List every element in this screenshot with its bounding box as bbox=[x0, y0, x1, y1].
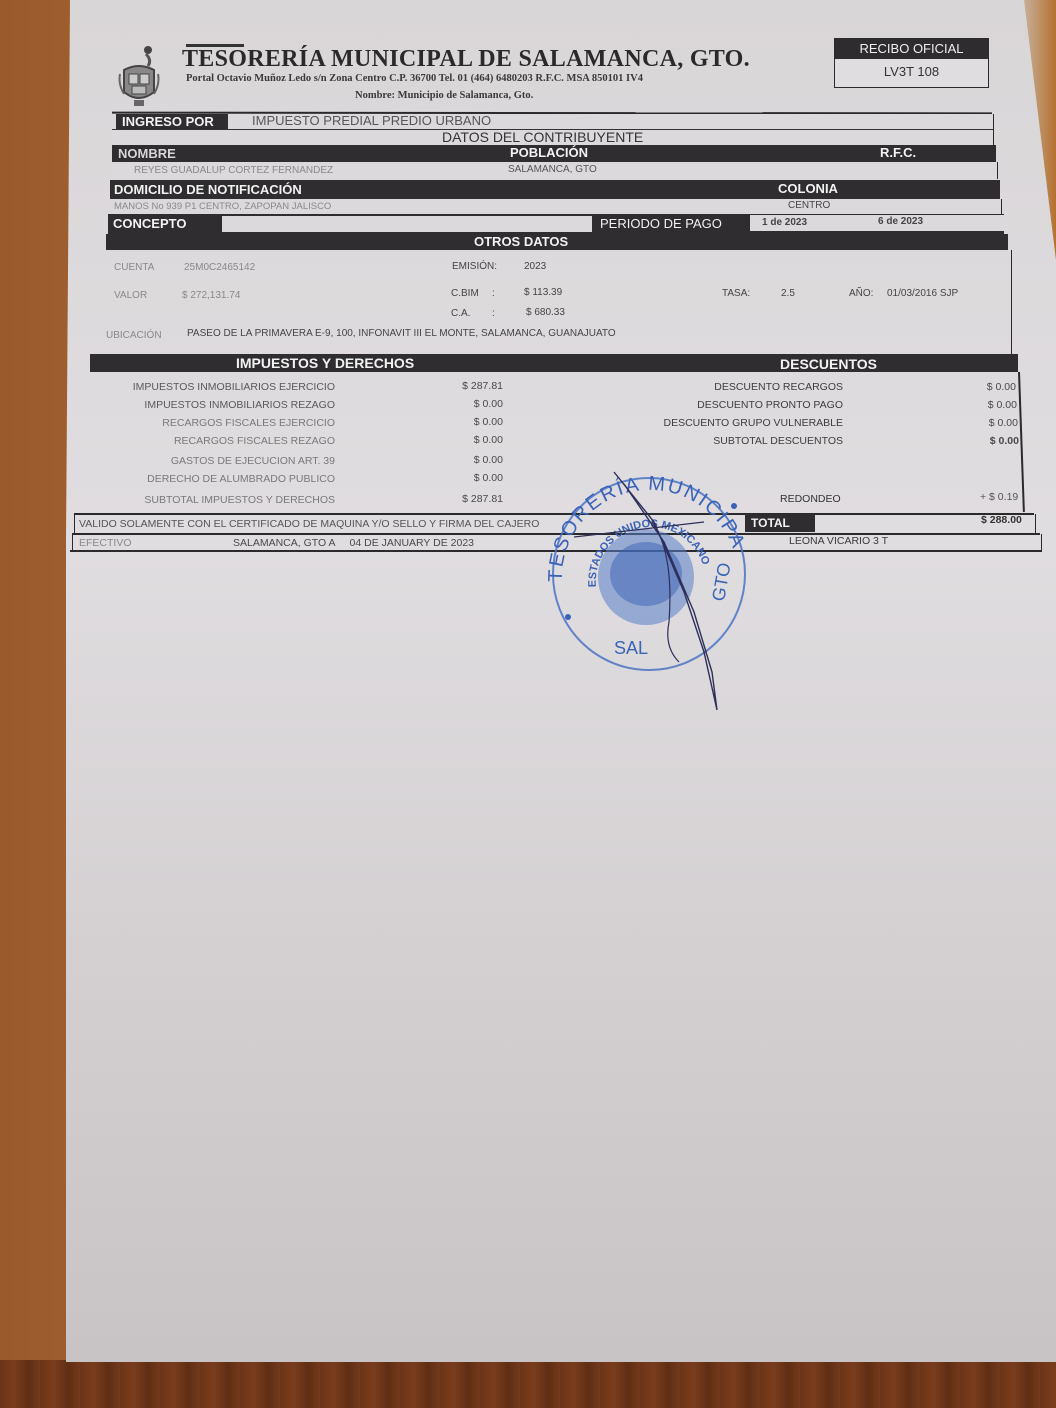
payment-row: EFECTIVO SALAMANCA, GTO A 04 DE JANUARY … bbox=[72, 534, 1042, 550]
domicilio-value-row: MANOS No 939 P1 CENTRO, ZAPOPAN JALISCO … bbox=[108, 199, 1002, 214]
desk-surface bbox=[0, 1360, 1056, 1408]
nombre-header-row: NOMBRE POBLACIÓN R.F.C. bbox=[112, 145, 996, 162]
nombre-label: NOMBRE bbox=[118, 146, 176, 161]
impuesto-amount: $ 0.00 bbox=[474, 454, 503, 466]
ingreso-label-cell: INGRESO POR bbox=[116, 114, 228, 129]
validity-note: VALIDO SOLAMENTE CON EL CERTIFICADO DE M… bbox=[79, 518, 539, 530]
nombre-value: REYES GUADALUP CORTEZ FERNANDEZ bbox=[134, 165, 333, 176]
issuer-address: Portal Octavio Muñoz Ledo s/n Zona Centr… bbox=[186, 73, 643, 84]
office-name: LEONA VICARIO 3 T bbox=[789, 535, 888, 547]
ingreso-value: IMPUESTO PREDIAL PREDIO URBANO bbox=[252, 113, 491, 128]
ingreso-label: INGRESO POR bbox=[122, 114, 214, 129]
colonia-value: CENTRO bbox=[788, 200, 830, 211]
ubicacion-label: UBICACIÓN bbox=[106, 330, 162, 341]
anio-label: AÑO: bbox=[849, 288, 873, 299]
impuesto-amount: $ 0.00 bbox=[474, 472, 503, 484]
impuestos-descuentos-header: IMPUESTOS Y DERECHOS DESCUENTOS bbox=[90, 354, 1018, 372]
impuesto-label: RECARGOS FISCALES EJERCICIO bbox=[162, 417, 335, 429]
impuesto-label: IMPUESTOS INMOBILIARIOS REZAGO bbox=[144, 399, 335, 411]
redondeo-value: + $ 0.19 bbox=[980, 491, 1018, 503]
concepto-row: CONCEPTO PERIODO DE PAGO 1 de 2023 6 de … bbox=[108, 214, 1004, 234]
rfc-label: R.F.C. bbox=[880, 145, 916, 160]
cuenta-label: CUENTA bbox=[114, 262, 154, 273]
impuesto-amount: $ 0.00 bbox=[474, 398, 503, 410]
impuesto-amount: $ 287.81 bbox=[462, 380, 503, 392]
otros-datos-header: OTROS DATOS bbox=[106, 234, 1008, 250]
periodo-desde: 1 de 2023 bbox=[762, 217, 807, 228]
descuento-label: SUBTOTAL DESCUENTOS bbox=[713, 435, 843, 447]
issuer-name: Nombre: Municipio de Salamanca, Gto. bbox=[355, 90, 533, 101]
ingreso-value-cell: IMPUESTO PREDIAL PREDIO URBANO bbox=[228, 114, 994, 129]
total-value: $ 288.00 bbox=[981, 514, 1022, 526]
domicilio-label: DOMICILIO DE NOTIFICACIÓN bbox=[114, 182, 302, 197]
ubicacion-value: PASEO DE LA PRIMAVERA E-9, 100, INFONAVI… bbox=[187, 328, 616, 339]
emision-value: 2023 bbox=[524, 261, 546, 272]
domicilio-value: MANOS No 939 P1 CENTRO, ZAPOPAN JALISCO bbox=[114, 201, 331, 212]
impuesto-amount: $ 0.00 bbox=[474, 416, 503, 428]
concepto-value-field bbox=[222, 216, 592, 232]
descuento-amount: $ 0.00 bbox=[989, 417, 1018, 429]
descuento-label: DESCUENTO PRONTO PAGO bbox=[697, 399, 843, 411]
frame-footer-bottom bbox=[70, 550, 1042, 552]
tasa-value: 2.5 bbox=[781, 288, 795, 299]
cbim-separator: : bbox=[492, 288, 495, 299]
impuesto-label: GASTOS DE EJECUCION ART. 39 bbox=[171, 455, 335, 467]
place-date: SALAMANCA, GTO A 04 DE JANUARY DE 2023 bbox=[233, 537, 474, 549]
payment-method: EFECTIVO bbox=[79, 537, 132, 549]
colonia-label: COLONIA bbox=[778, 181, 838, 196]
impuestos-title: IMPUESTOS Y DERECHOS bbox=[236, 355, 414, 371]
valor-label: VALOR bbox=[114, 290, 147, 301]
validity-row: VALIDO SOLAMENTE CON EL CERTIFICADO DE M… bbox=[74, 514, 1036, 533]
cbim-label: C.BIM bbox=[451, 288, 479, 299]
cbim-value: $ 113.39 bbox=[524, 287, 562, 298]
periodo-value-field: 1 de 2023 6 de 2023 bbox=[750, 215, 1008, 231]
contribuyente-title: DATOS DEL CONTRIBUYENTE bbox=[442, 129, 643, 145]
poblacion-value: SALAMANCA, GTO bbox=[508, 164, 597, 175]
receipt-label: RECIBO OFICIAL bbox=[835, 39, 988, 59]
impuesto-amount: $ 287.81 bbox=[462, 493, 503, 505]
concepto-label: CONCEPTO bbox=[113, 216, 186, 231]
ca-label: C.A. bbox=[451, 308, 470, 319]
total-label-cell: TOTAL bbox=[745, 514, 815, 532]
contribuyente-title-row: DATOS DEL CONTRIBUYENTE bbox=[112, 129, 994, 145]
impuesto-label: IMPUESTOS INMOBILIARIOS EJERCICIO bbox=[133, 381, 335, 393]
otros-datos-body: CUENTA 25M0C2465142 EMISIÓN: 2023 VALOR … bbox=[104, 250, 1012, 354]
impuesto-label: DERECHO DE ALUMBRADO PUBLICO bbox=[147, 473, 335, 485]
issuer-title: TESORERÍA MUNICIPAL DE SALAMANCA, GTO. bbox=[182, 46, 750, 73]
descuento-label: DESCUENTO RECARGOS bbox=[714, 381, 843, 393]
impuesto-label: SUBTOTAL IMPUESTOS Y DERECHOS bbox=[144, 494, 335, 506]
anio-value: 01/03/2016 SJP bbox=[887, 288, 958, 299]
poblacion-label: POBLACIÓN bbox=[510, 145, 588, 160]
otros-datos-title: OTROS DATOS bbox=[474, 234, 568, 249]
tasa-label: TASA: bbox=[722, 288, 750, 299]
total-label: TOTAL bbox=[751, 516, 790, 530]
emision-label: EMISIÓN: bbox=[452, 261, 497, 272]
nombre-value-row: REYES GUADALUP CORTEZ FERNANDEZ SALAMANC… bbox=[112, 162, 998, 179]
cuenta-value: 25M0C2465142 bbox=[184, 262, 255, 273]
ca-separator: : bbox=[492, 308, 495, 319]
municipal-crest-icon bbox=[118, 44, 160, 110]
impuesto-amount: $ 0.00 bbox=[474, 434, 503, 446]
impuesto-label: RECARGOS FISCALES REZAGO bbox=[174, 435, 335, 447]
domicilio-header-row: DOMICILIO DE NOTIFICACIÓN COLONIA bbox=[110, 180, 1000, 199]
descuentos-title: DESCUENTOS bbox=[780, 356, 877, 372]
receipt-number-box: RECIBO OFICIAL LV3T 108 bbox=[834, 38, 989, 88]
receipt-number: LV3T 108 bbox=[835, 59, 988, 85]
valor-value: $ 272,131.74 bbox=[182, 290, 240, 301]
redondeo-label: REDONDEO bbox=[780, 493, 841, 505]
descuento-amount: $ 0.00 bbox=[988, 399, 1017, 411]
periodo-label: PERIODO DE PAGO bbox=[600, 216, 722, 231]
descuento-label: DESCUENTO GRUPO VULNERABLE bbox=[663, 417, 843, 429]
descuento-amount: $ 0.00 bbox=[987, 381, 1016, 393]
ca-value: $ 680.33 bbox=[526, 307, 565, 318]
periodo-hasta: 6 de 2023 bbox=[878, 216, 923, 227]
descuento-amount: $ 0.00 bbox=[990, 435, 1019, 447]
